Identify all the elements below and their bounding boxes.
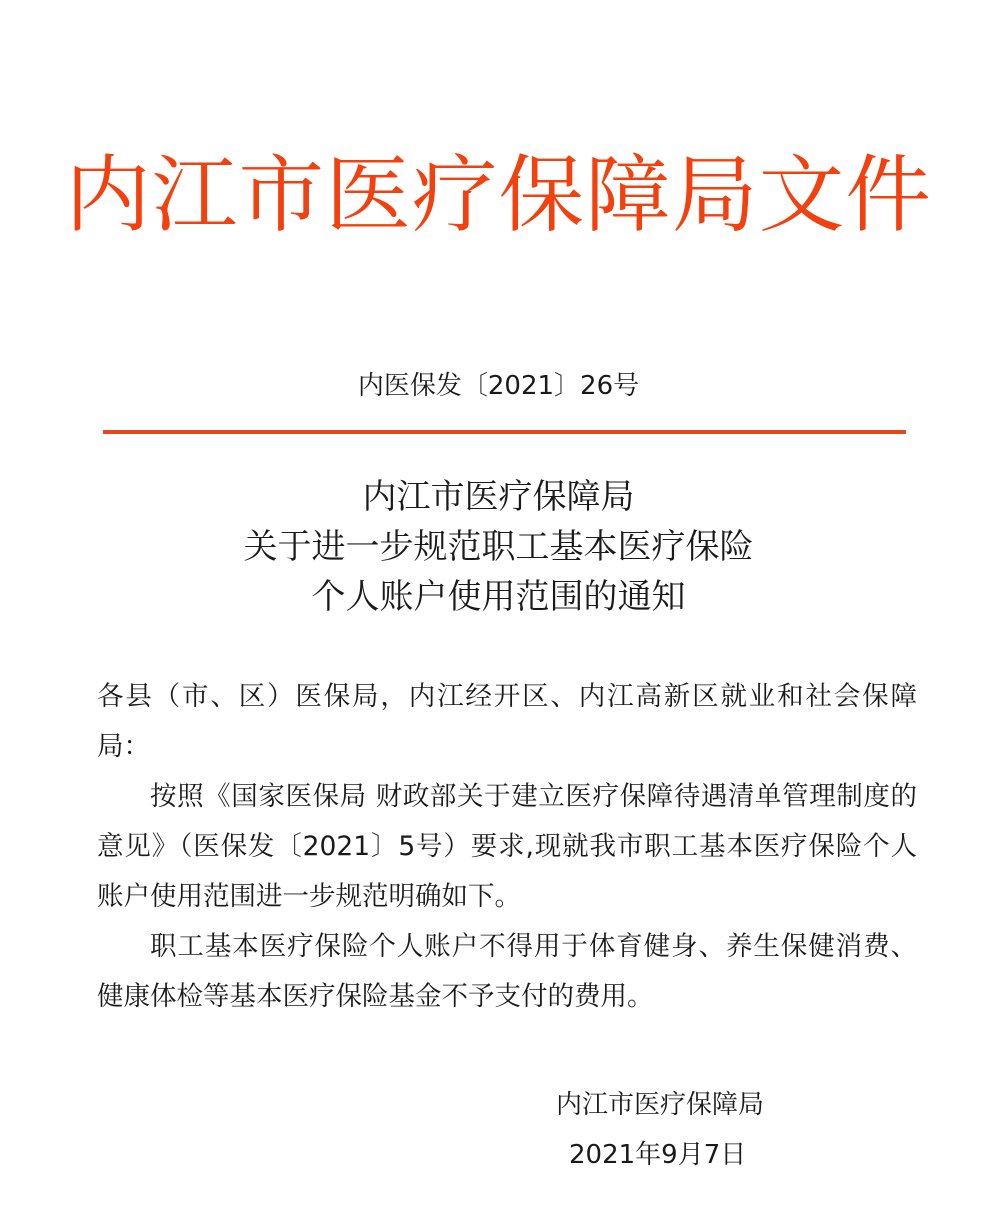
document-title: 内江市医疗保障局 关于进一步规范职工基本医疗保险 个人账户使用范围的通知: [0, 472, 997, 622]
document-title-line-3: 个人账户使用范围的通知: [0, 572, 997, 622]
issue-date: 2021年9月7日: [556, 1130, 764, 1180]
body-paragraph-2: 职工基本医疗保险个人账户不得用于体育健身、养生保健消费、健康体检等基本医疗保险基…: [97, 922, 917, 1022]
red-divider-line: [103, 430, 906, 434]
document-title-line-1: 内江市医疗保障局: [0, 472, 997, 522]
document-body: 各县（市、区）医保局，内江经开区、内江高新区就业和社会保障局： 按照《国家医保局…: [97, 672, 917, 1022]
salutation: 各县（市、区）医保局，内江经开区、内江高新区就业和社会保障局：: [97, 672, 917, 772]
issuer-name: 内江市医疗保障局: [556, 1090, 764, 1120]
document-number: 内医保发〔2021〕26号: [0, 368, 997, 404]
document-title-line-2: 关于进一步规范职工基本医疗保险: [0, 522, 997, 572]
signature-block: 内江市医疗保障局 2021年9月7日: [556, 1080, 764, 1180]
body-paragraph-1: 按照《国家医保局 财政部关于建立医疗保障待遇清单管理制度的意见》（医保发〔202…: [97, 772, 917, 922]
document-header-title: 内江市医疗保障局文件: [0, 140, 997, 250]
